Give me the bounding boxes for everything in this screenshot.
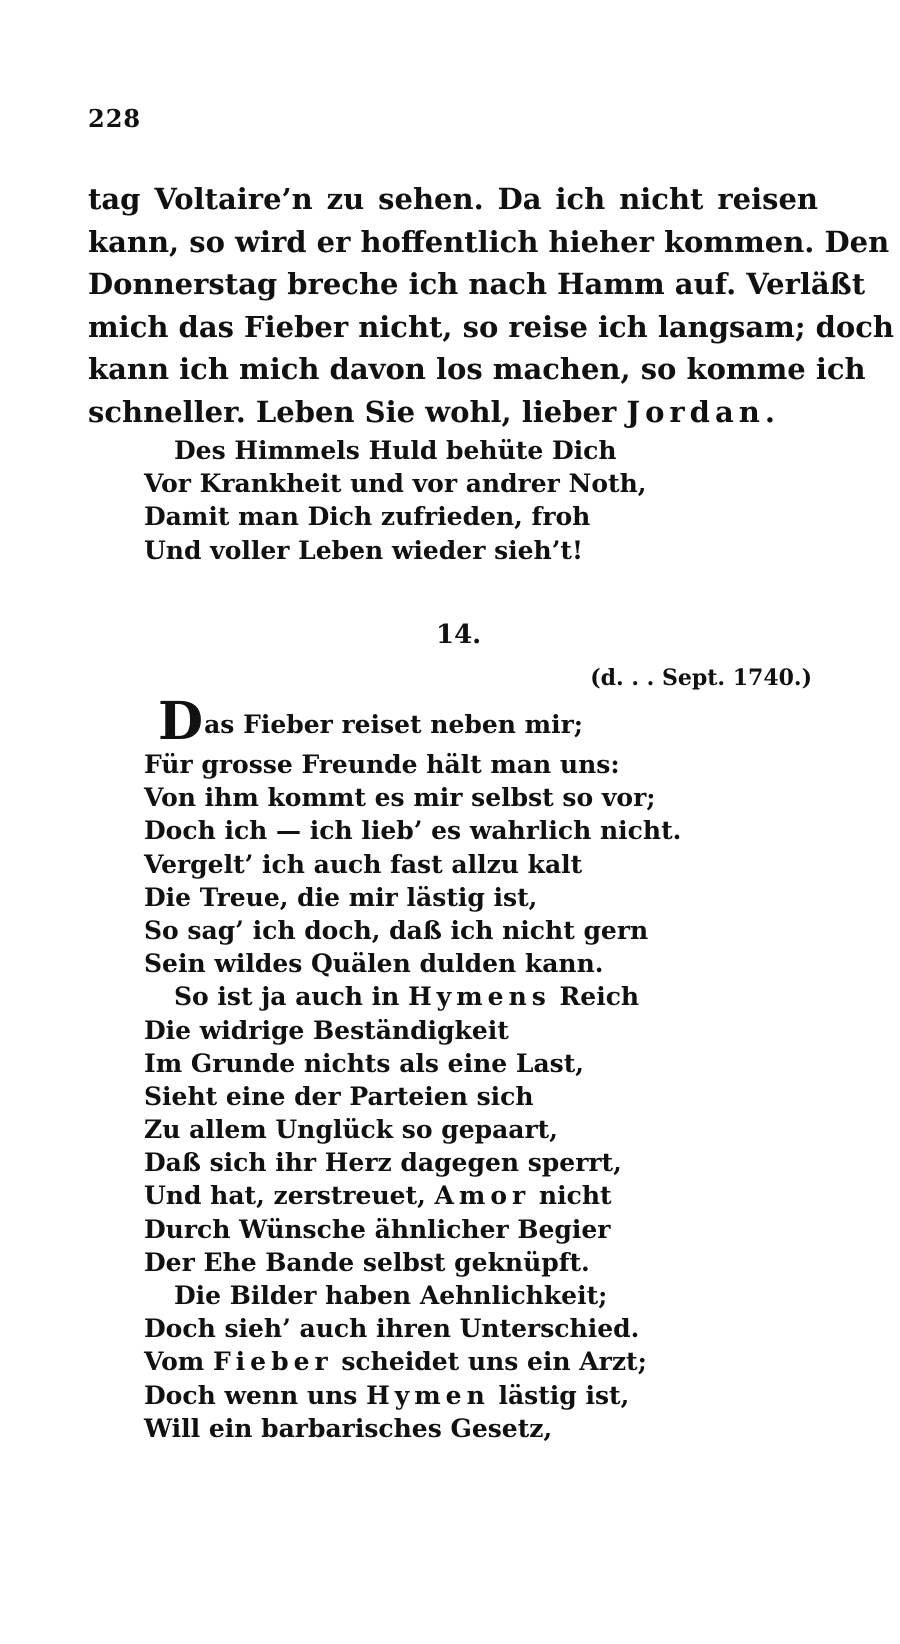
spaced-name-hymens: Hymens (408, 982, 551, 1011)
spaced-name-hymen: Hymen (366, 1381, 490, 1410)
verse-line: Die Bilder haben Aehnlichkeit; (144, 1279, 744, 1312)
verse-line: Zu allem Unglück so gepaart, (144, 1113, 744, 1146)
verse-line: Für grosse Freunde hält man uns: (144, 748, 744, 781)
drop-cap: D (158, 691, 203, 752)
verse-line-fieber: Vom Fieber scheidet uns ein Arzt; (144, 1345, 744, 1378)
prose-paragraph: tag Voltaire’n zu sehen. Da ich nicht re… (88, 178, 818, 433)
verse-text: So ist ja auch in (174, 982, 408, 1011)
verse-text: Und hat, zerstreuet, (144, 1181, 435, 1210)
verse-text: Vom (144, 1347, 213, 1376)
verse-line: So sag’ ich doch, daß ich nicht gern (144, 914, 744, 947)
verse-line: Daß sich ihr Herz dagegen sperrt, (144, 1146, 744, 1179)
prose-line: kann, so wird er hoffentlich hieher komm… (88, 221, 818, 264)
verse-line: Will ein barbarisches Gesetz, (144, 1412, 744, 1445)
verse-text: nicht (530, 1181, 611, 1210)
verse-text: lästig ist, (490, 1381, 630, 1410)
verse-line: Durch Wünsche ähnlicher Begier (144, 1213, 744, 1246)
dateline: (d. . . Sept. 1740.) (590, 665, 812, 691)
verse-line: Und voller Leben wieder sieh’t! (144, 534, 744, 567)
verse-line: Des Himmels Huld behüte Dich (144, 434, 744, 467)
spaced-name-amor: Amor (435, 1181, 531, 1210)
verse-text: Reich (551, 982, 639, 1011)
verse-line: Sein wildes Quälen dulden kann. (144, 947, 744, 980)
verse-line: Sieht eine der Parteien sich (144, 1080, 744, 1113)
book-page: 228 tag Voltaire’n zu sehen. Da ich nich… (0, 0, 900, 1644)
verse-line-amor: Und hat, zerstreuet, Amor nicht (144, 1179, 744, 1212)
poem-first-line: Das Fieber reiset neben mir; (144, 702, 744, 748)
spaced-name-fieber: Fieber (213, 1347, 333, 1376)
verse-line: Die Treue, die mir lästig ist, (144, 881, 744, 914)
verse-text: scheidet uns ein Arzt; (333, 1347, 647, 1376)
poem: Das Fieber reiset neben mir; Für grosse … (144, 702, 744, 1445)
verse-line: Vergelt’ ich auch fast allzu kalt (144, 848, 744, 881)
prose-line: Donnerstag breche ich nach Hamm auf. Ver… (88, 263, 818, 306)
verse-line: Im Grunde nichts als eine Last, (144, 1047, 744, 1080)
verse-line: Doch sieh’ auch ihren Unterschied. (144, 1312, 744, 1345)
verse-line: Von ihm kommt es mir selbst so vor; (144, 781, 744, 814)
verse-quatrain: Des Himmels Huld behüte Dich Vor Krankhe… (144, 434, 744, 567)
verse-line: Damit man Dich zufrieden, froh (144, 500, 744, 533)
prose-line: kann ich mich davon los machen, so komme… (88, 348, 818, 391)
spaced-name-jordan: Jordan. (626, 395, 780, 429)
verse-line: Die widrige Beständigkeit (144, 1014, 744, 1047)
verse-line-hymens: So ist ja auch in Hymens Reich (144, 980, 744, 1013)
verse-line: Vor Krankheit und vor andrer Noth, (144, 467, 744, 500)
first-line-text: as Fieber reiset neben mir; (204, 710, 583, 739)
prose-line-final: schneller. Leben Sie wohl, lieber Jordan… (88, 391, 818, 434)
verse-line: Doch ich — ich lieb’ es wahrlich nicht. (144, 814, 744, 847)
prose-line: mich das Fieber nicht, so reise ich lang… (88, 306, 818, 349)
verse-text: Doch wenn uns (144, 1381, 366, 1410)
verse-line-hymen: Doch wenn uns Hymen lästig ist, (144, 1379, 744, 1412)
prose-line: tag Voltaire’n zu sehen. Da ich nicht re… (88, 178, 818, 221)
page-number: 228 (88, 104, 141, 133)
verse-line: Der Ehe Bande selbst geknüpft. (144, 1246, 744, 1279)
letter-number: 14. (436, 620, 481, 650)
prose-text: schneller. Leben Sie wohl, lieber (88, 395, 626, 429)
